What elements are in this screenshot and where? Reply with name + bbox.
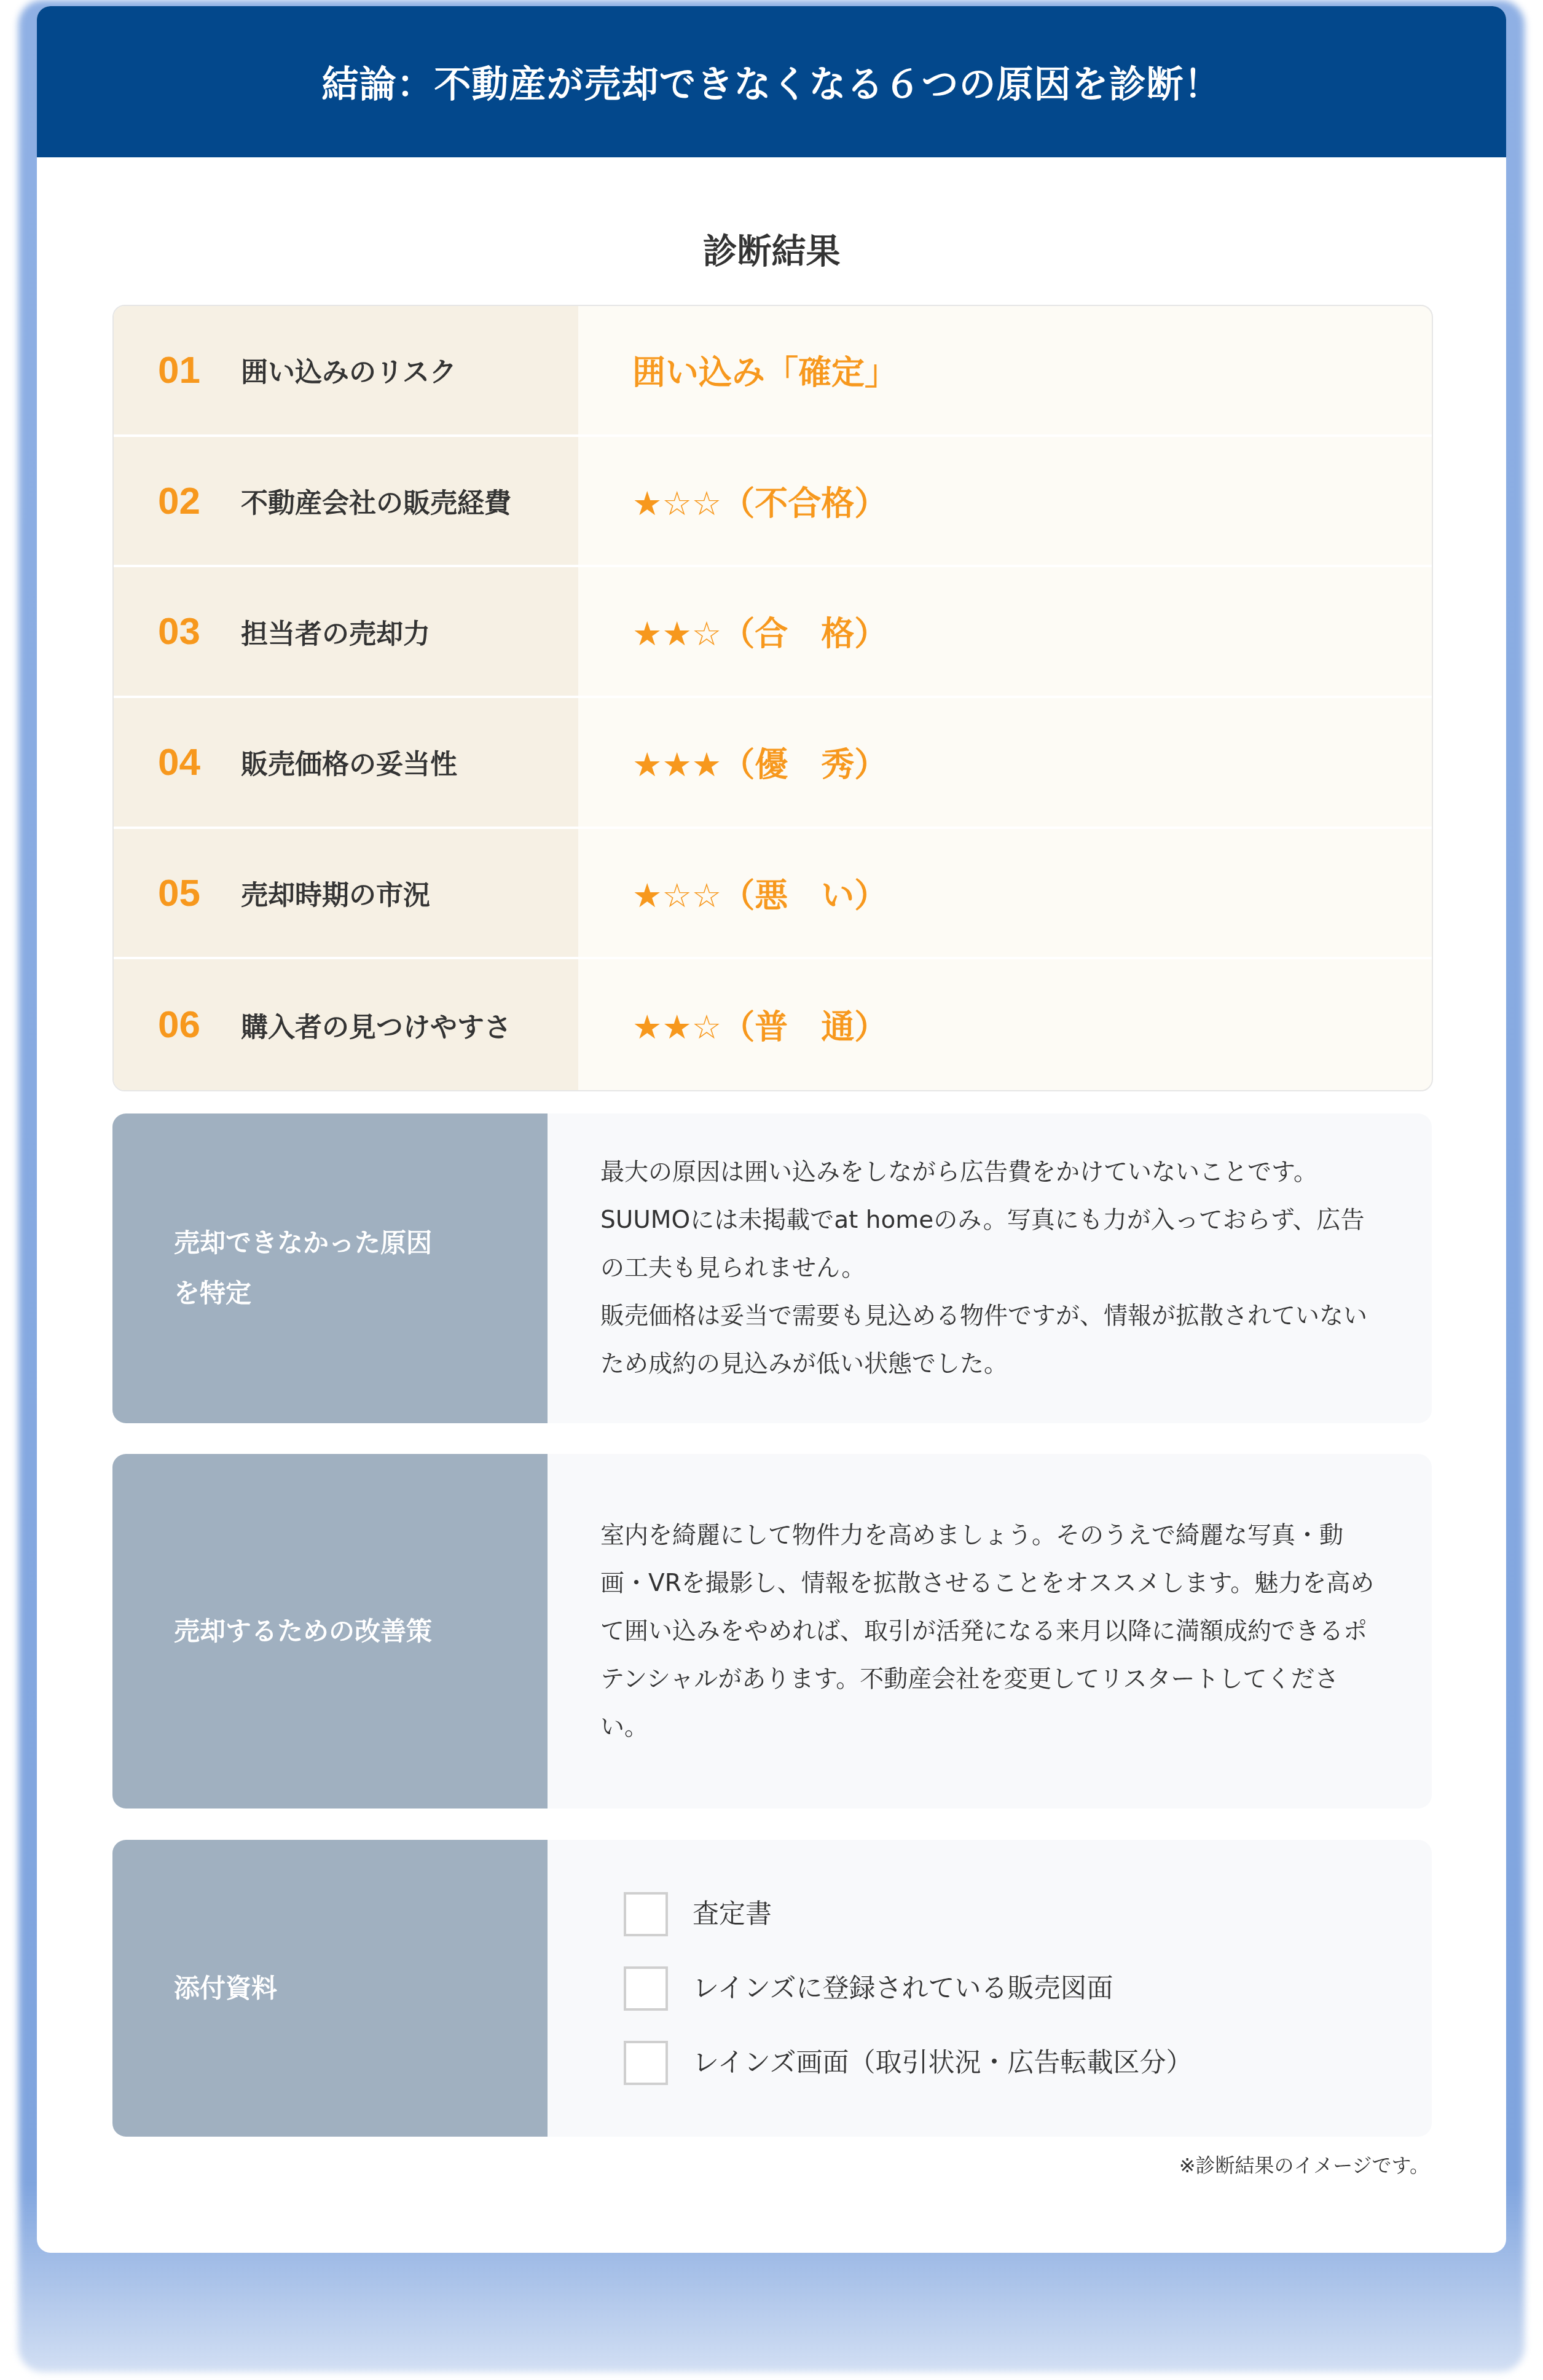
star-rating: ★★☆（合 格）: [578, 567, 1432, 696]
row-label: 担当者の売却力: [241, 612, 430, 651]
checkbox[interactable]: [624, 1892, 668, 1936]
star-rating: ★★★（優 秀）: [578, 698, 1432, 827]
cause-label: 売却できなかった原因 を特定: [112, 1113, 548, 1423]
diagnosis-table: 01 囲い込みのリスク 囲い込み「確定」 02 不動産会社の販売経費 ★☆☆（不…: [112, 305, 1433, 1091]
row-number: 04: [158, 740, 241, 784]
star-rating: ★☆☆（悪 い）: [578, 829, 1432, 957]
section-title: 診断結果: [37, 224, 1506, 273]
attachments-label: 添付資料: [112, 1840, 548, 2137]
row-number: 05: [158, 871, 241, 915]
diagnosis-row-05: 05 売却時期の市況 ★☆☆（悪 い）: [114, 829, 1432, 960]
row-number: 06: [158, 1003, 241, 1047]
diagnosis-row-01: 01 囲い込みのリスク 囲い込み「確定」: [114, 306, 1432, 437]
diagnosis-row-02: 02 不動産会社の販売経費 ★☆☆（不合格）: [114, 437, 1432, 568]
cause-body: 最大の原因は囲い込みをしながら広告費をかけていないことです。SUUMOには未掲載…: [548, 1113, 1432, 1423]
checkbox[interactable]: [624, 1966, 668, 2011]
row-number: 01: [158, 348, 241, 392]
cause-label-text: 売却できなかった原因 を特定: [174, 1218, 432, 1319]
attachment-label: 査定書: [693, 1890, 772, 1938]
attachment-item[interactable]: レインズ画面（取引状況・広告転載区分）: [624, 2041, 1193, 2085]
page-title: 結論：不動産が売却できなくなる６つの原因を診断！: [322, 55, 1222, 108]
attachments-body: 査定書 レインズに登録されている販売図面 レインズ画面（取引状況・広告転載区分）: [548, 1840, 1432, 2137]
attachment-label: レインズ画面（取引状況・広告転載区分）: [693, 2039, 1193, 2087]
diagnosis-card: 結論：不動産が売却できなくなる６つの原因を診断！ 診断結果 01 囲い込みのリス…: [37, 6, 1506, 2253]
star-rating: ★☆☆（不合格）: [578, 437, 1432, 565]
row-heading: 06 購入者の見つけやすさ: [114, 959, 578, 1090]
attachments-checklist: 査定書 レインズに登録されている販売図面 レインズ画面（取引状況・広告転載区分）: [600, 1892, 1193, 2085]
row-label: 購入者の見つけやすさ: [241, 1005, 511, 1045]
row-heading: 03 担当者の売却力: [114, 567, 578, 696]
star-rating: ★★☆（普 通）: [578, 959, 1432, 1090]
row-label: 不動産会社の販売経費: [241, 481, 511, 520]
attachment-label: レインズに登録されている販売図面: [693, 1965, 1113, 2013]
attachment-item[interactable]: レインズに登録されている販売図面: [624, 1966, 1193, 2011]
diagnosis-row-04: 04 販売価格の妥当性 ★★★（優 秀）: [114, 698, 1432, 829]
row-heading: 04 販売価格の妥当性: [114, 698, 578, 827]
improvement-body: 室内を綺麗にして物件力を高めましょう。そのうえで綺麗な写真・動画・VRを撮影し、…: [548, 1454, 1432, 1809]
footnote: ※診断結果のイメージです。: [1179, 2150, 1429, 2178]
cause-block: 売却できなかった原因 を特定 最大の原因は囲い込みをしながら広告費をかけていない…: [112, 1113, 1432, 1423]
row-result: 囲い込み「確定」: [578, 306, 1432, 434]
attachments-label-text: 添付資料: [174, 1963, 277, 2014]
checkbox[interactable]: [624, 2041, 668, 2085]
cause-text: 最大の原因は囲い込みをしながら広告費をかけていないことです。SUUMOには未掲載…: [600, 1149, 1383, 1388]
attachments-block: 添付資料 査定書 レインズに登録されている販売図面 レインズ画面（取引状況・広告…: [112, 1840, 1432, 2137]
improvement-block: 売却するための改善策 室内を綺麗にして物件力を高めましょう。そのうえで綺麗な写真…: [112, 1454, 1432, 1809]
header-banner: 結論：不動産が売却できなくなる６つの原因を診断！: [37, 6, 1506, 157]
diagnosis-row-06: 06 購入者の見つけやすさ ★★☆（普 通）: [114, 959, 1432, 1090]
row-heading: 05 売却時期の市況: [114, 829, 578, 957]
row-number: 02: [158, 479, 241, 523]
row-heading: 02 不動産会社の販売経費: [114, 437, 578, 565]
diagnosis-row-03: 03 担当者の売却力 ★★☆（合 格）: [114, 567, 1432, 698]
row-label: 売却時期の市況: [241, 873, 430, 913]
attachment-item[interactable]: 査定書: [624, 1892, 1193, 1936]
row-label: 囲い込みのリスク: [241, 350, 457, 390]
row-label: 販売価格の妥当性: [241, 742, 457, 782]
row-number: 03: [158, 610, 241, 653]
improvement-label: 売却するための改善策: [112, 1454, 548, 1809]
improvement-label-text: 売却するための改善策: [174, 1606, 432, 1657]
row-heading: 01 囲い込みのリスク: [114, 306, 578, 434]
improvement-text: 室内を綺麗にして物件力を高めましょう。そのうえで綺麗な写真・動画・VRを撮影し、…: [600, 1512, 1383, 1751]
